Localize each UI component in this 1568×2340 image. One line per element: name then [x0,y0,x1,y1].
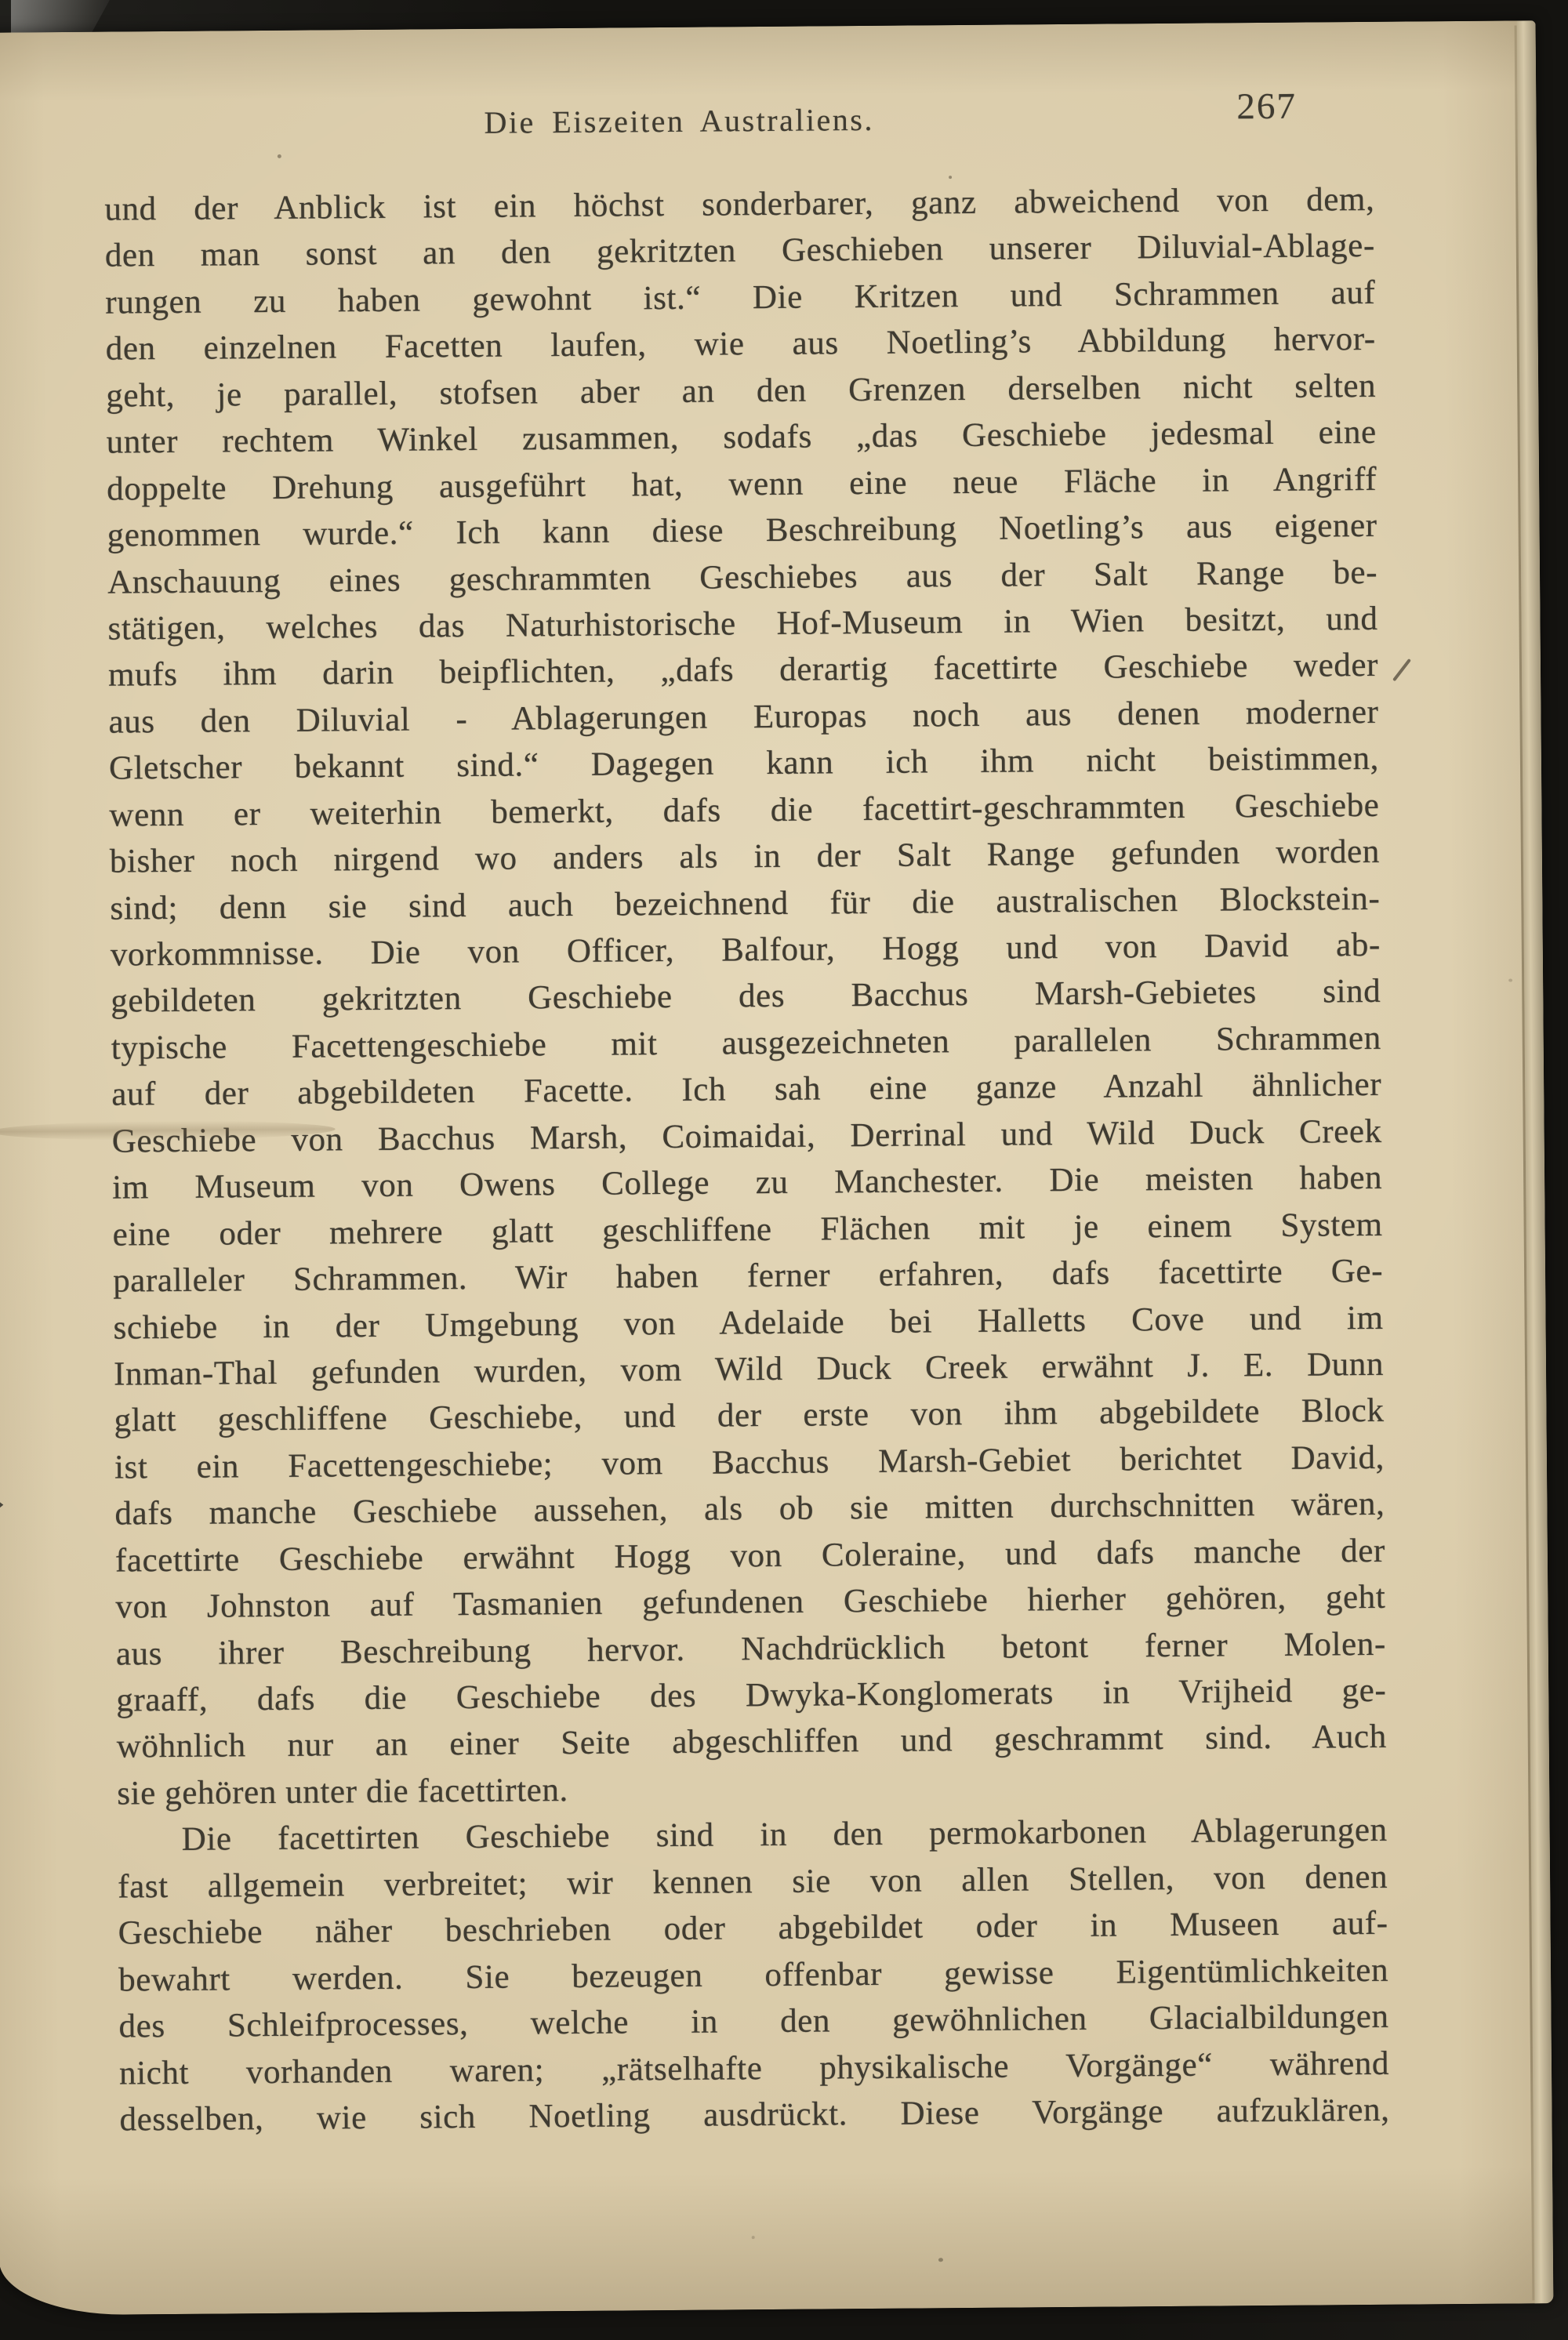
text-line: desselben, wie sich Noetling ausdrückt. … [119,2087,1389,2143]
paper-speck [949,176,952,179]
paper-speck [752,2236,755,2239]
running-header-title: Die Eiszeiten Australiens. [484,101,874,141]
paper-speck [938,2258,943,2262]
text-line: wöhnlich nur an einer Seite abgeschliffe… [117,1714,1387,1770]
paper-speck [1508,979,1512,982]
paper-speck [278,154,281,158]
book-page: Die Eiszeiten Australiens. 267 und der A… [0,20,1553,2315]
running-header: Die Eiszeiten Australiens. 267 [103,89,1374,147]
text-block: und der Anblick ist ein höchst sonderbar… [104,176,1390,2143]
page-number: 267 [1236,85,1297,129]
slash-pen-mark [1392,658,1411,681]
left-margin-mark [0,1497,3,1513]
